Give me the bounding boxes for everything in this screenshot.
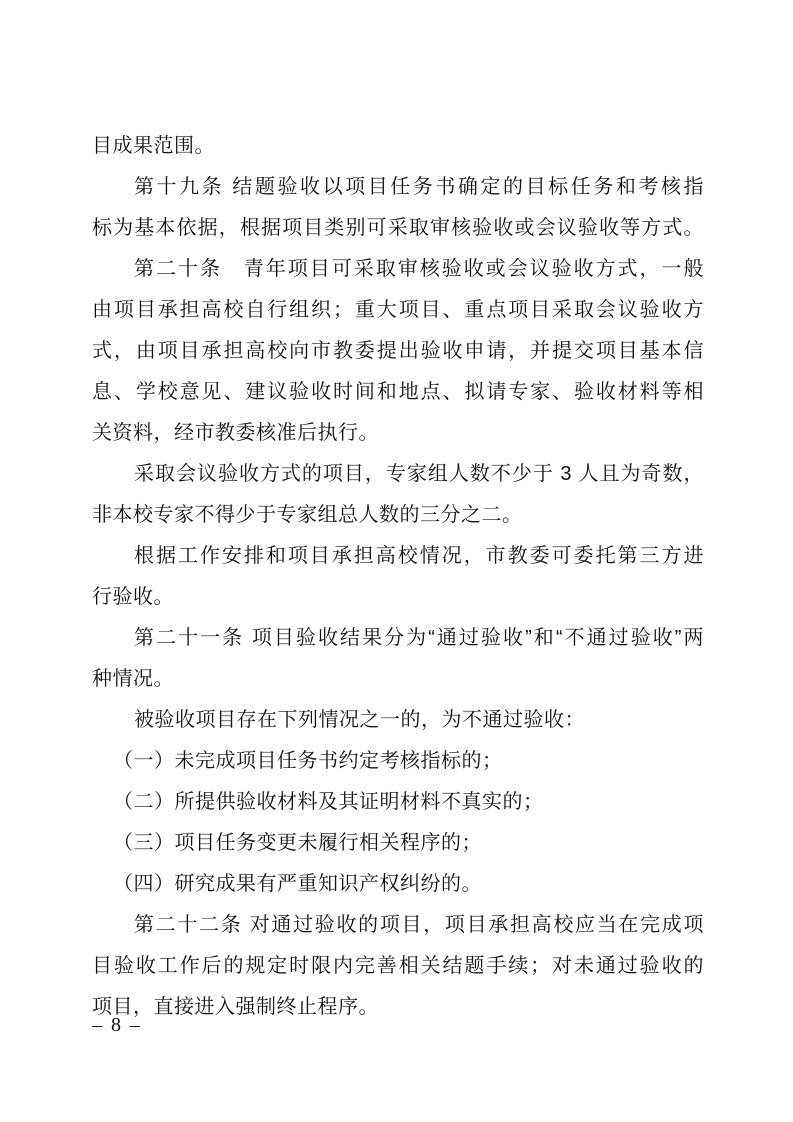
text-line: 由项目承担高校自行组织；重大项目、重点项目采取会议验收方 — [92, 290, 704, 331]
text-line: 式，由项目承担高校向市教委提出验收申请，并提交项目基本信 — [92, 331, 704, 372]
text-line: 种情况。 — [92, 659, 704, 700]
document-page: 目成果范围。第十九条 结题验收以项目任务书确定的目标任务和考核指标为基本依据，根… — [0, 0, 793, 1122]
text-line: （三）项目任务变更未履行相关程序的； — [92, 823, 704, 864]
text-line: （四）研究成果有严重知识产权纠纷的。 — [92, 864, 704, 905]
text-line: 关资料，经市教委核准后执行。 — [92, 413, 704, 454]
text-line: 根据工作安排和项目承担高校情况，市教委可委托第三方进 — [92, 536, 704, 577]
text-line: 第二十二条 对通过验收的项目，项目承担高校应当在完成项 — [92, 905, 704, 946]
text-line: 非本校专家不得少于专家组总人数的三分之二。 — [92, 495, 704, 536]
text-line: 目成果范围。 — [92, 126, 704, 167]
text-line: 目验收工作后的规定时限内完善相关结题手续；对未通过验收的 — [92, 946, 704, 987]
text-line: 第二十一条 项目验收结果分为“通过验收”和“不通过验收”两 — [92, 618, 704, 659]
text-line: （二）所提供验收材料及其证明材料不真实的； — [92, 782, 704, 823]
text-line: 行验收。 — [92, 577, 704, 618]
text-line: 项目，直接进入强制终止程序。 — [92, 987, 704, 1028]
text-line: 息、学校意见、建议验收时间和地点、拟请专家、验收材料等相 — [92, 372, 704, 413]
text-line: 第十九条 结题验收以项目任务书确定的目标任务和考核指 — [92, 167, 704, 208]
page-number: – 8 – — [92, 1010, 142, 1040]
document-body: 目成果范围。第十九条 结题验收以项目任务书确定的目标任务和考核指标为基本依据，根… — [92, 126, 704, 1028]
text-line: （一）未完成项目任务书约定考核指标的； — [92, 741, 704, 782]
text-line: 被验收项目存在下列情况之一的，为不通过验收： — [92, 700, 704, 741]
text-line: 标为基本依据，根据项目类别可采取审核验收或会议验收等方式。 — [92, 208, 704, 249]
text-line: 第二十条 青年项目可采取审核验收或会议验收方式，一般 — [92, 249, 704, 290]
text-line: 采取会议验收方式的项目，专家组人数不少于 3 人且为奇数， — [92, 454, 704, 495]
